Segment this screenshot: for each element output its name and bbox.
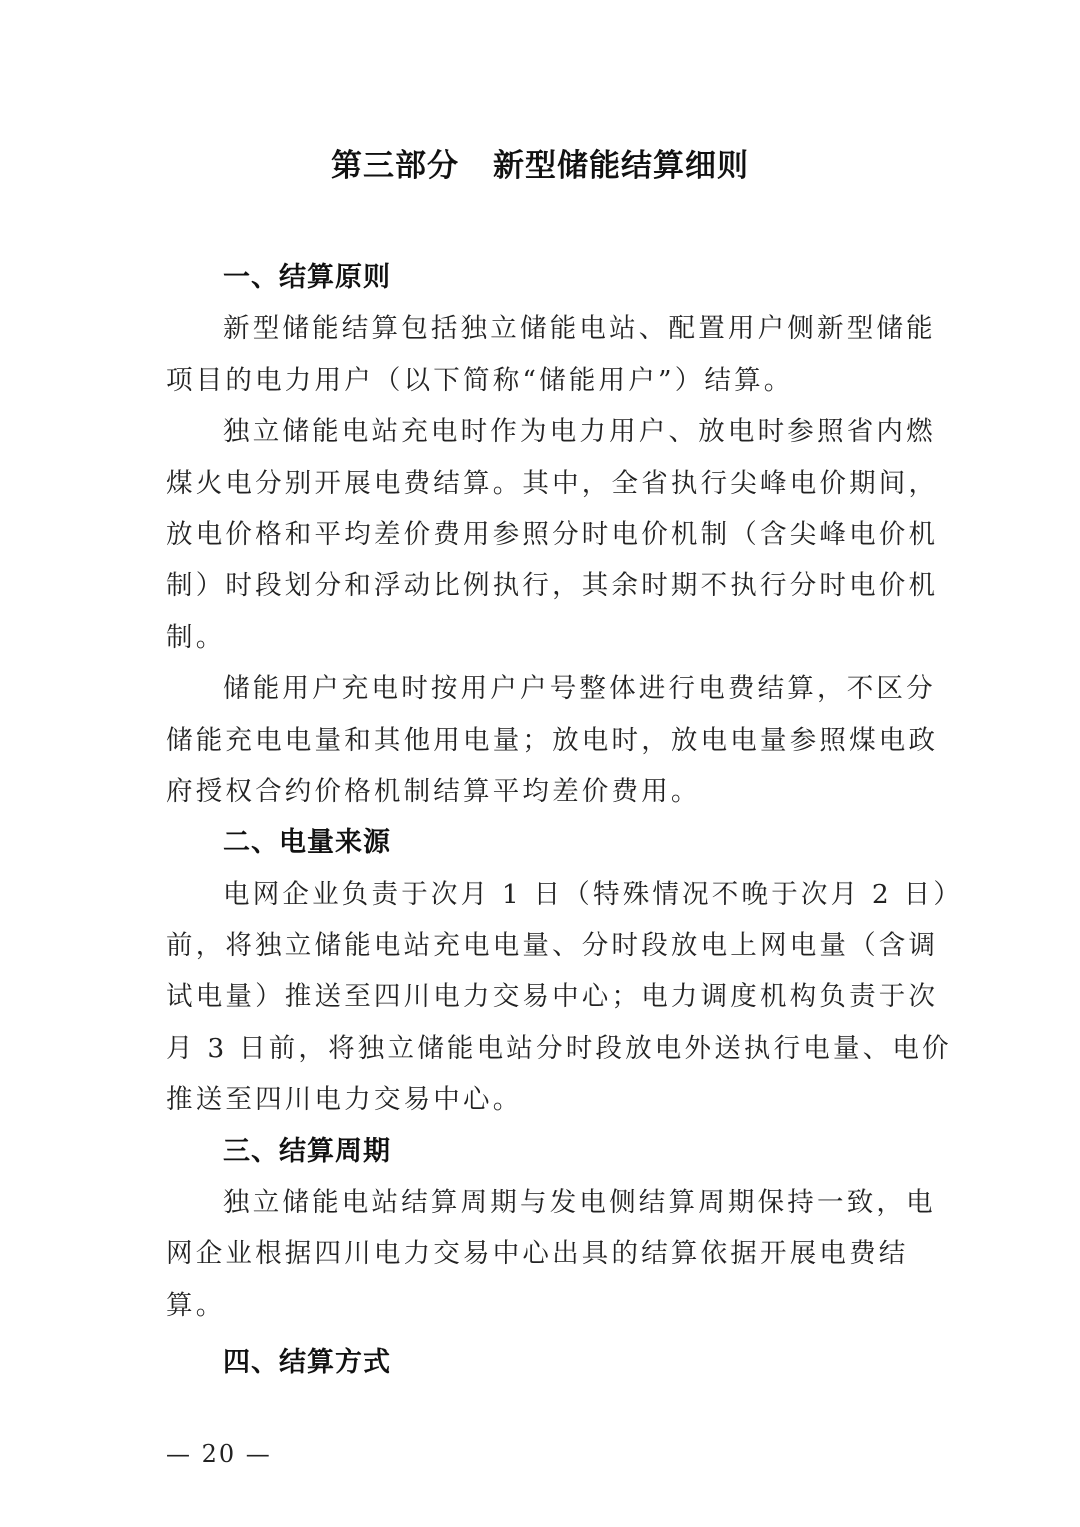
paragraph: 新型储能结算包括独立储能电站、配置用户侧新型储能 项目的电力用户（以下简称“储能… — [166, 303, 916, 406]
text-line: 电网企业负责于次月 1 日（特殊情况不晚于次月 2 日） — [166, 869, 916, 920]
text-line: 储能用户充电时按用户户号整体进行电费结算，不区分 — [166, 663, 916, 714]
section-heading: 一、结算原则 — [166, 252, 916, 303]
section-heading: 二、电量来源 — [166, 817, 916, 868]
text-line: 独立储能电站充电时作为电力用户、放电时参照省内燃 — [166, 406, 916, 457]
section-heading: 三、结算周期 — [166, 1126, 916, 1177]
paragraph: 储能用户充电时按用户户号整体进行电费结算，不区分 储能充电电量和其他用电量；放电… — [166, 663, 916, 817]
text-line: 独立储能电站结算周期与发电侧结算周期保持一致，电 — [166, 1177, 916, 1228]
text-line: 项目的电力用户（以下简称“储能用户”）结算。 — [166, 355, 916, 406]
text-line: 制。 — [166, 612, 916, 663]
text-line: 放电价格和平均差价费用参照分时电价机制（含尖峰电价机 — [166, 509, 916, 560]
text-line: 前，将独立储能电站充电电量、分时段放电上网电量（含调 — [166, 920, 916, 971]
text-line: 煤火电分别开展电费结算。其中，全省执行尖峰电价期间， — [166, 458, 916, 509]
paragraph: 电网企业负责于次月 1 日（特殊情况不晚于次月 2 日） 前，将独立储能电站充电… — [166, 869, 916, 1126]
section-heading: 四、结算方式 — [166, 1337, 916, 1388]
document-body: 一、结算原则 新型储能结算包括独立储能电站、配置用户侧新型储能 项目的电力用户（… — [166, 252, 916, 1389]
title-part: 第三部分 — [331, 148, 459, 184]
text-line: 网企业根据四川电力交易中心出具的结算依据开展电费结 — [166, 1228, 916, 1279]
text-line: 推送至四川电力交易中心。 — [166, 1074, 916, 1125]
text-line: 府授权合约价格机制结算平均差价费用。 — [166, 766, 916, 817]
page-title: 第三部分新型储能结算细则 — [0, 140, 1080, 185]
text-line: 储能充电电量和其他用电量；放电时，放电电量参照煤电政 — [166, 715, 916, 766]
text-line: 算。 — [166, 1280, 916, 1331]
text-line: 月 3 日前，将独立储能电站分时段放电外送执行电量、电价 — [166, 1023, 916, 1074]
paragraph: 独立储能电站充电时作为电力用户、放电时参照省内燃 煤火电分别开展电费结算。其中，… — [166, 406, 916, 663]
text-line: 试电量）推送至四川电力交易中心；电力调度机构负责于次 — [166, 971, 916, 1022]
text-line: 制）时段划分和浮动比例执行，其余时期不执行分时电价机 — [166, 560, 916, 611]
title-name: 新型储能结算细则 — [493, 148, 749, 184]
page-number: — 20 — — [166, 1440, 272, 1468]
paragraph: 独立储能电站结算周期与发电侧结算周期保持一致，电 网企业根据四川电力交易中心出具… — [166, 1177, 916, 1331]
text-line: 新型储能结算包括独立储能电站、配置用户侧新型储能 — [166, 303, 916, 354]
